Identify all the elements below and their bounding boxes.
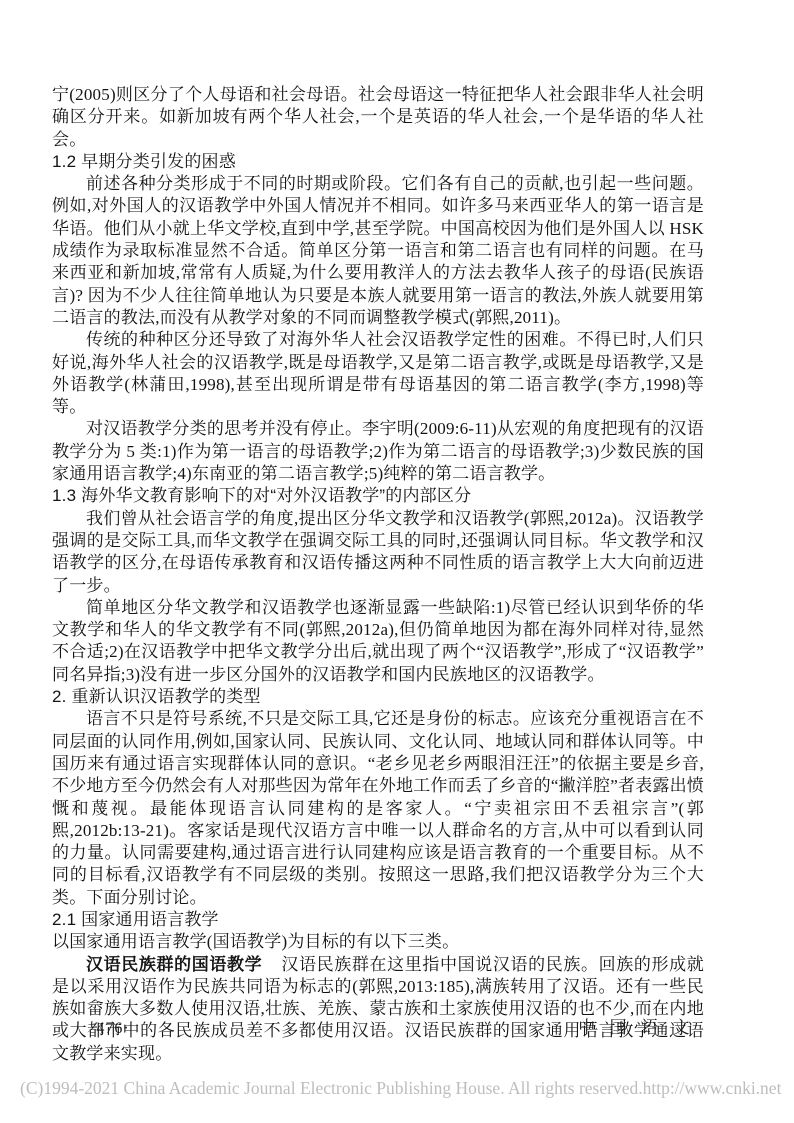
cnki-url: http://www.cnki.net: [643, 1078, 782, 1099]
paragraph: 我们曾从社会语言学的角度,提出区分华文教学和汉语教学(郭熙,2012a)。汉语教…: [52, 508, 704, 597]
paragraph-continuation: 宁(2005)则区分了个人母语和社会母语。社会母语这一特征把华人社会跟非华人社会…: [52, 84, 704, 151]
paragraph: 传统的种种区分还导致了对海外华人社会汉语教学定性的困难。不得已时,人们只好说,海…: [52, 329, 704, 418]
section-heading-1-3: 1.3 海外华文教育影响下的对“对外汉语教学”的内部区分: [52, 485, 704, 507]
section-heading-2-1: 2.1 国家通用语言教学: [52, 909, 704, 931]
paragraph: 语言不只是符号系统,不只是交际工具,它还是身份的标志。应该充分重视语言在不同层面…: [52, 708, 704, 909]
journal-scan-page: 宁(2005)则区分了个人母语和社会母语。社会母语这一特征把华人社会跟非华人社会…: [0, 0, 794, 1123]
runin-heading: 汉语民族群的国语教学: [86, 955, 262, 974]
journal-title: 中国语文: [578, 1013, 704, 1038]
section-heading-2: 2. 重新认识汉语教学的类型: [52, 686, 704, 708]
page-footer: ·476· 中国语文: [52, 1013, 704, 1038]
paragraph-with-runin-heading: 汉语民族群的国语教学汉语民族群在这里指中国说汉语的民族。回族的形成就是以采用汉语…: [52, 954, 704, 1065]
article-body: 宁(2005)则区分了个人母语和社会母语。社会母语这一特征把华人社会跟非华人社会…: [52, 84, 704, 1065]
paragraph: 简单地区分华文教学和汉语教学也逐渐显露一些缺陷:1)尽管已经认识到华侨的华文教学…: [52, 597, 704, 686]
section-heading-1-2: 1.2 早期分类引发的困惑: [52, 151, 704, 173]
paragraph: 前述各种分类形成于不同的时期或阶段。它们各有自己的贡献,也引起一些问题。例如,对…: [52, 173, 704, 329]
cnki-watermark: (C)1994-2021 China Academic Journal Elec…: [20, 1078, 776, 1099]
page-number: ·476·: [52, 1020, 130, 1038]
paragraph: 对汉语教学分类的思考并没有停止。李宇明(2009:6-11)从宏观的角度把现有的…: [52, 418, 704, 485]
copyright-notice: (C)1994-2021 China Academic Journal Elec…: [20, 1078, 643, 1099]
paragraph: 以国家通用语言教学(国语教学)为目标的有以下三类。: [52, 931, 704, 953]
